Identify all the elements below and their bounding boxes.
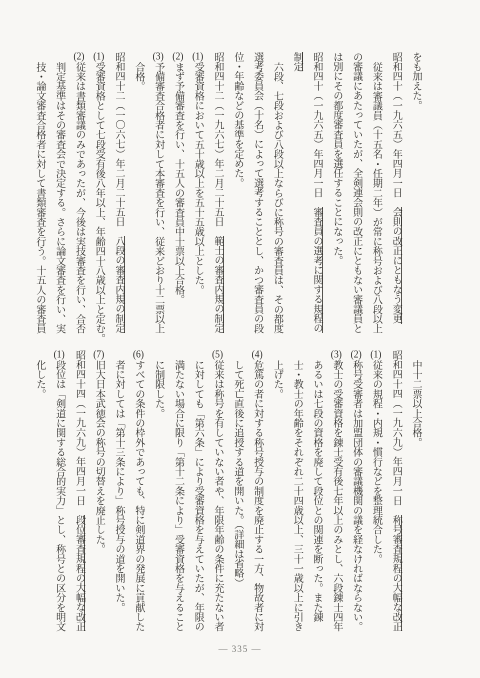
heading-line: 昭和四十二（一九六七）年二月二十五日 範士の審査内規の制定 [207,52,227,348]
heading-date: 昭和四十二（一〇六七）年二月二十五日 [113,52,124,236]
item-number: (5) [212,350,223,360]
list-item-continuation-line: 合格。 [128,52,148,348]
list-item-continuation-line: 中十二票以上合格。 [405,350,425,646]
line-text: 判定基準はその審査会で決定する。さらに論文審査を行い、実 [54,62,65,334]
heading-title: 制定 [291,52,303,71]
list-item-continuation-line: 士・教士の年齢をそれぞれ二十四歳以上、三十一歳以上に引き [286,350,306,646]
line-text: 危篤の者に対する称号授与の制度を廃止する一方、物故者に対 [252,360,263,632]
list-item-line: (2)従来は書類審議のみであったが、今後は実技審査を行い、合否 [69,52,89,348]
line-text: 予備審査合格者に対して本審査を行い、従来どおり十二票以上 [153,62,164,334]
line-text: 称号受審者は加盟団体の審議機関の議を経なければならない。 [351,360,362,632]
heading-line: 昭和四十四（一九六九）年四月一日 称号審査規程の大幅な改正 [385,350,405,646]
item-number: (3) [153,52,164,62]
line-text: 旧大日本武徳会の称号の切替えを廃止した。 [93,360,104,554]
heading-title: 八段の審査内規の制定 [113,236,125,333]
list-item-line: (2)称号受審者は加盟団体の審議機関の議を経なければならない。 [346,350,366,646]
continuation-line: をも加えた。 [405,52,425,348]
continuation-line: 選考委員会（十名）によって選考することとし、かつ審査員の段 [247,52,267,348]
list-item-line: (4)危篤の者に対する称号授与の制度を廃止する一方、物故者に対 [247,350,267,646]
heading-line: 昭和四十四（一九六九）年四月一日 段位審査規程の大幅な改正 [69,350,89,646]
list-item-line: (3)教士の受審資格を錬士受有後七年以上のみとし、六段錬士四年 [326,350,346,646]
scanned-page: をも加えた。 昭和四十（一九六五）年四月一日 会則の改正にともなう変更 従来は審… [0,0,480,678]
upper-text-block: をも加えた。 昭和四十（一九六五）年四月一日 会則の改正にともなう変更 従来は審… [23,52,425,348]
item-number: (1) [192,52,203,62]
list-item-line: (7)旧大日本武徳会の称号の切替えを廃止した。 [88,350,108,646]
list-item-continuation-line: 満たない場合に限り「第十二条により」受審資格を与えること [168,350,188,646]
list-item-continuation-line: に制限した。 [148,350,168,646]
continuation-line: は別にその都度審査員を選任することになった。 [326,52,346,348]
line-text: まず予備審査を行い、十五人の審査員中十票以上合格。 [172,62,183,305]
line-text: 上げた。 [271,360,282,399]
line-text: 合格。 [133,62,144,91]
heading-line: 昭和四十二（一〇六七）年二月二十五日 八段の審査内規の制定 [108,52,128,348]
heading-date: 昭和四十四（一九六九）年四月一日 [390,350,401,515]
line-text: 従来は書類審議のみであったが、今後は実技審査を行い、合否 [73,62,84,334]
list-item-line: (6)すべての条件の枠外であっても、特に剣道界の発展に貢献した [128,350,148,646]
item-number: (2) [172,52,183,62]
list-item-line: (1)従来の規程・内規・慣行などを整理統合した。 [366,350,386,646]
heading-date: 昭和四十二（一九六七）年二月二十五日 [212,52,223,236]
heading-date: 昭和四十（一九六五）年四月一日 [311,52,322,207]
line-text: 選考委員会（十名）によって選考することとし、かつ審査員の段 [252,52,263,333]
list-item-continuation-line: あるいは七段の資格を廃して段位との関連を断った。また錬 [306,350,326,646]
line-text: すべての条件の枠外であっても、特に剣道界の発展に貢献した [133,360,144,632]
list-item-line: (1)段位は「剣道に関する総合的実力」とし、称号との区分を明文 [49,350,69,646]
heading-title: 会則の改正にともなう変更 [390,207,402,323]
line-text: は別にその都度審査員を選任することになった。 [331,52,342,265]
continuation-line: 位・年齢などの基準を定めた。 [227,52,247,348]
item-number: (1) [54,350,65,360]
heading-continuation-line: 制定 [286,52,306,348]
line-text: 士・教士の年齢をそれぞれ二十四歳以上、三十一歳以上に引き [291,360,302,632]
list-item-continuation-line: 技・論文審査合格者に対して書類審査を行う。十五人の審査員 [29,52,49,348]
line-text: 者に対しては「第十三条により」称号授与の道を開いた。 [113,360,124,612]
heading-title: 審査員の選考に関する規程の [311,207,323,333]
line-text: 段位は「剣道に関する総合的実力」とし、称号との区分を明文 [54,360,65,632]
list-item-line: (5)従来は称号を有していない者や、年限年齢の条件に充たない者 [207,350,227,646]
heading-line: 昭和四十（一九六五）年四月一日 審査員の選考に関する規程の [306,52,326,348]
line-text: 受審資格において五十歳以上を五十五歳以上とした。 [192,62,203,295]
line-text: あるいは七段の資格を廃して段位との関連を断った。また錬 [311,360,322,622]
item-number: (3) [331,350,342,360]
line-text: 従来の規程・内規・慣行などを整理統合した。 [370,360,381,564]
lower-text-block: 中十二票以上合格。 昭和四十四（一九六九）年四月一日 称号審査規程の大幅な改正 … [23,350,425,646]
line-text: 化した。 [34,360,45,399]
item-number: (4) [252,350,263,360]
item-number: (2) [351,350,362,360]
list-item-line: (3)予備審査合格者に対して本審査を行い、従来どおり十二票以上 [148,52,168,348]
heading-date: 昭和四十（一九六五）年四月一日 [390,52,401,207]
list-item-continuation-line: に対しても「第六条」により受審資格を与えていたが、年限の [187,350,207,646]
list-item-continuation-line: 者に対しては「第十三条により」称号授与の道を開いた。 [108,350,128,646]
line-text: 位・年齢などの基準を定めた。 [232,52,243,188]
list-item-line: (1)受審資格において五十歳以上を五十五歳以上とした。 [187,52,207,348]
list-item-line: (1)受審資格として七段受有後八年以上、年齢四十八歳以上と定む。 [88,52,108,348]
item-number: (2) [73,52,84,62]
list-item-continuation-line: して死亡直後に追授する道を開いた。（詳細は省略） [227,350,247,646]
line-text: 満たない場合に限り「第十二条により」受審資格を与えること [172,360,183,632]
heading-title: 範士の審査内規の制定 [212,236,224,333]
line-text: 教士の受審資格を錬士受有後七年以上のみとし、六段錬士四年 [331,360,342,632]
continuation-line: の審議にあたっていたが、全剣連会則の改正にともない審議員と [346,52,366,348]
item-number: (7) [93,350,104,360]
line-text: 六段、七段および八段以上ならびに称号の審査員は、その都度 [271,62,282,334]
list-item-continuation-line: 化した。 [29,350,49,646]
item-number: (1) [93,52,104,62]
line-text: して死亡直後に追授する道を開いた。（詳細は省略） [232,360,243,588]
heading-line: 昭和四十（一九六五）年四月一日 会則の改正にともなう変更 [385,52,405,348]
line-text: 技・論文審査合格者に対して書類審査を行う。十五人の審査員 [34,62,45,334]
heading-date: 昭和四十四（一九六九）年四月一日 [73,350,84,515]
line-text: をも加えた。 [410,52,421,110]
line-text: 従来は称号を有していない者や、年限年齢の条件に充たない者 [212,360,223,632]
heading-title: 称号審査規程の大幅な改正 [390,515,402,631]
line-text: 従来は審議員（十五名・任期二年）が常に称号および八段以上 [370,62,381,334]
line-text: に制限した。 [153,360,164,418]
paragraph-line: 従来は審議員（十五名・任期二年）が常に称号および八段以上 [366,52,386,348]
list-item-continuation-line: 上げた。 [267,350,287,646]
paragraph-line: 六段、七段および八段以上ならびに称号の審査員は、その都度 [267,52,287,348]
page-number: — 335 — [0,644,480,654]
line-text: 中十二票以上合格。 [410,360,421,447]
item-number: (1) [370,350,381,360]
line-text: に対しても「第六条」により受審資格を与えていたが、年限の [192,360,203,632]
list-item-line: (2)まず予備審査を行い、十五人の審査員中十票以上合格。 [168,52,188,348]
list-item-continuation-line: 判定基準はその審査会で決定する。さらに論文審査を行い、実 [49,52,69,348]
line-text: の審議にあたっていたが、全剣連会則の改正にともない審議員と [351,52,362,333]
line-text: 受審資格として七段受有後八年以上、年齢四十八歳以上と定む。 [93,62,104,343]
item-number: (6) [133,350,144,360]
heading-title: 段位審査規程の大幅な改正 [73,515,85,631]
